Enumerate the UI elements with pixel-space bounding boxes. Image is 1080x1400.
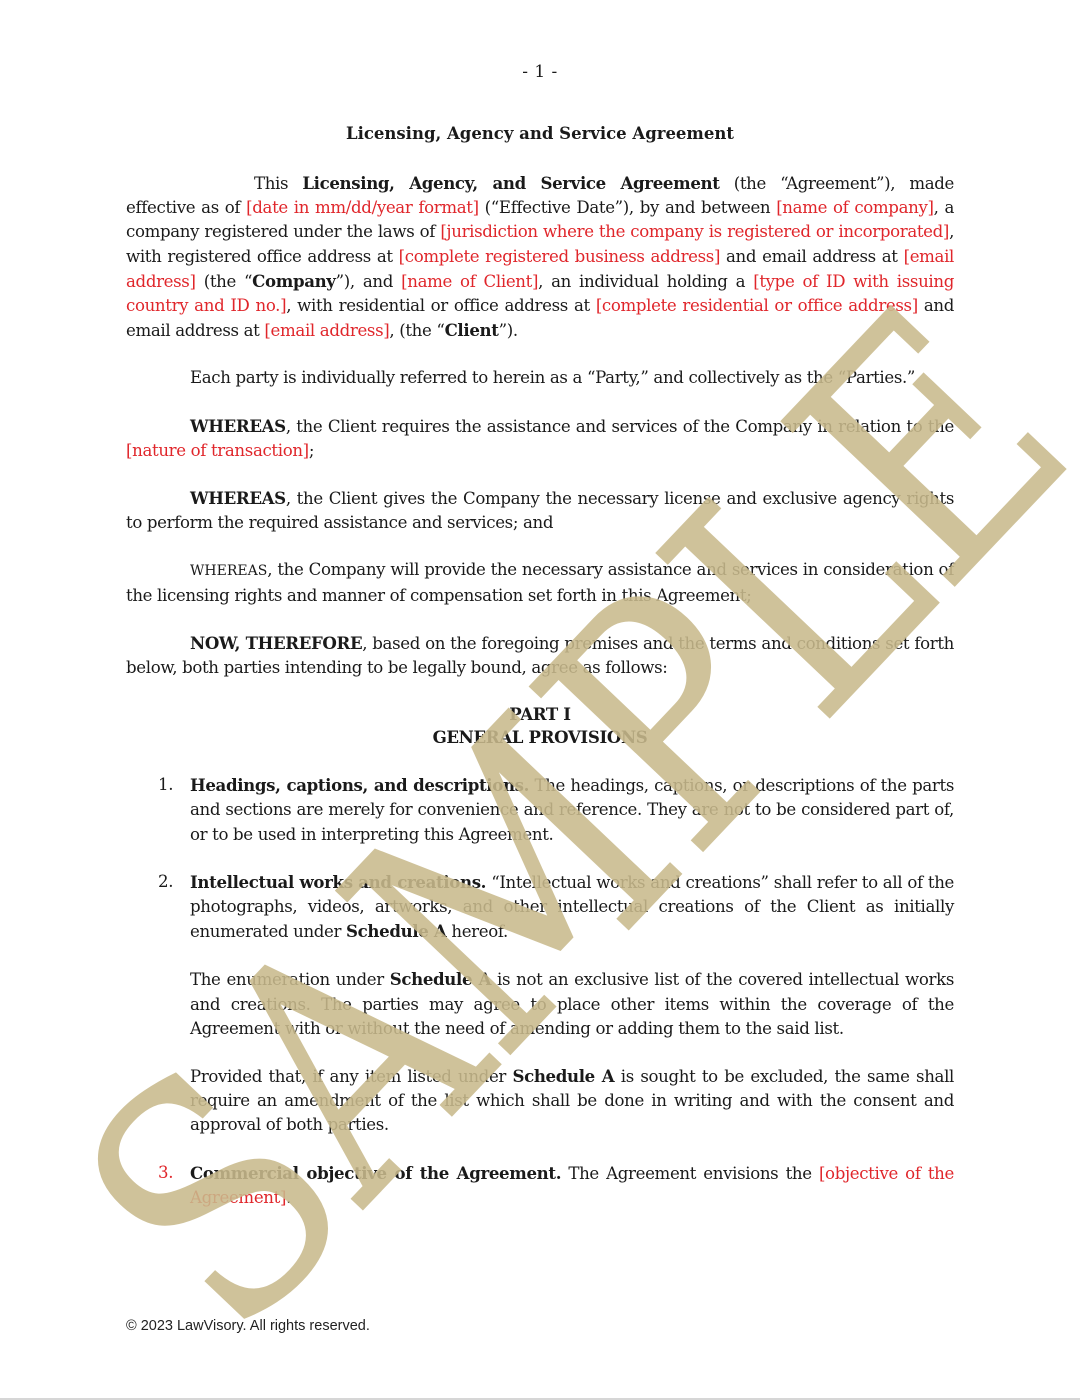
- schedule-reference: Schedule A: [390, 969, 491, 989]
- whereas-label: WHEREAS: [190, 416, 286, 436]
- text: ”), and: [336, 272, 402, 291]
- section-text: .: [286, 1188, 291, 1207]
- part-number: PART I: [126, 703, 954, 726]
- text: ”).: [499, 321, 518, 340]
- placeholder-client-email: [email address]: [264, 321, 389, 340]
- agreement-name: Licensing, Agency, and Service Agreement: [302, 173, 719, 193]
- placeholder-client-address: [complete residential or office address]: [596, 296, 918, 315]
- copyright-footer: © 2023 LawVisory. All rights reserved.: [126, 1318, 370, 1334]
- text: (“Effective Date”), by and between: [479, 198, 776, 217]
- defined-term-company: Company: [252, 271, 335, 291]
- text: and email address at: [720, 247, 904, 266]
- text: , the Client requires the assistance and…: [286, 417, 954, 436]
- text: , an individual holding a: [538, 272, 753, 291]
- now-therefore-paragraph: NOW, THEREFORE, based on the foregoing p…: [126, 631, 954, 680]
- text: Provided that, if any item listed under: [190, 1067, 512, 1086]
- document-body: This Licensing, Agency, and Service Agre…: [126, 171, 954, 1233]
- section-number: 3.: [158, 1161, 173, 1185]
- parties-paragraph: Each party is individually referred to h…: [126, 366, 954, 390]
- schedule-reference: Schedule A: [512, 1066, 614, 1086]
- part-title: GENERAL PROVISIONS: [126, 726, 954, 749]
- placeholder-client-name: [name of Client]: [401, 272, 538, 291]
- placeholder-transaction-nature: [nature of transaction]: [126, 441, 309, 460]
- text: This: [254, 174, 302, 193]
- section-heading: Commercial objective of the Agreement.: [190, 1163, 561, 1183]
- section-2-subparagraph-1: The enumeration under Schedule A is not …: [126, 967, 954, 1041]
- document-page: - 1 - Licensing, Agency and Service Agre…: [0, 0, 1080, 1399]
- part-heading: PART I GENERAL PROVISIONS: [126, 703, 954, 749]
- document-title: Licensing, Agency and Service Agreement: [0, 124, 1080, 143]
- placeholder-company-name: [name of company]: [776, 198, 933, 217]
- section-text: hereof.: [446, 922, 508, 941]
- whereas-paragraph-1: WHEREAS, the Client requires the assista…: [126, 414, 954, 463]
- section-number: 1.: [158, 773, 173, 797]
- whereas-label: WHEREAS: [190, 488, 286, 508]
- page-number: - 1 -: [0, 62, 1080, 82]
- now-therefore-label: NOW, THEREFORE: [190, 633, 362, 653]
- section-3: 3. Commercial objective of the Agreement…: [126, 1161, 954, 1210]
- section-number: 2.: [158, 870, 173, 894]
- defined-term-client: Client: [445, 320, 499, 340]
- text: , (the “: [389, 321, 444, 340]
- placeholder-effective-date: [date in mm/dd/year format]: [246, 198, 479, 217]
- text: The enumeration under: [190, 970, 390, 989]
- placeholder-business-address: [complete registered business address]: [399, 247, 720, 266]
- text: , with residential or office address at: [286, 296, 596, 315]
- whereas-paragraph-2: WHEREAS, the Client gives the Company th…: [126, 486, 954, 535]
- schedule-reference: Schedule A: [346, 921, 446, 941]
- text: ;: [309, 441, 314, 460]
- section-heading: Headings, captions, and descriptions.: [190, 775, 529, 795]
- text: (the “: [196, 272, 253, 291]
- whereas-label: WHEREAS: [190, 563, 267, 579]
- whereas-paragraph-3: WHEREAS, the Company will provide the ne…: [126, 558, 954, 607]
- section-2: 2. Intellectual works and creations. “In…: [126, 870, 954, 945]
- section-heading: Intellectual works and creations.: [190, 872, 486, 892]
- section-text: The Agreement envisions the: [561, 1164, 819, 1183]
- intro-paragraph: This Licensing, Agency, and Service Agre…: [126, 171, 954, 343]
- section-2-subparagraph-2: Provided that, if any item listed under …: [126, 1064, 954, 1138]
- placeholder-jurisdiction: [jurisdiction where the company is regis…: [440, 222, 949, 241]
- section-1: 1. Headings, captions, and descriptions.…: [126, 773, 954, 847]
